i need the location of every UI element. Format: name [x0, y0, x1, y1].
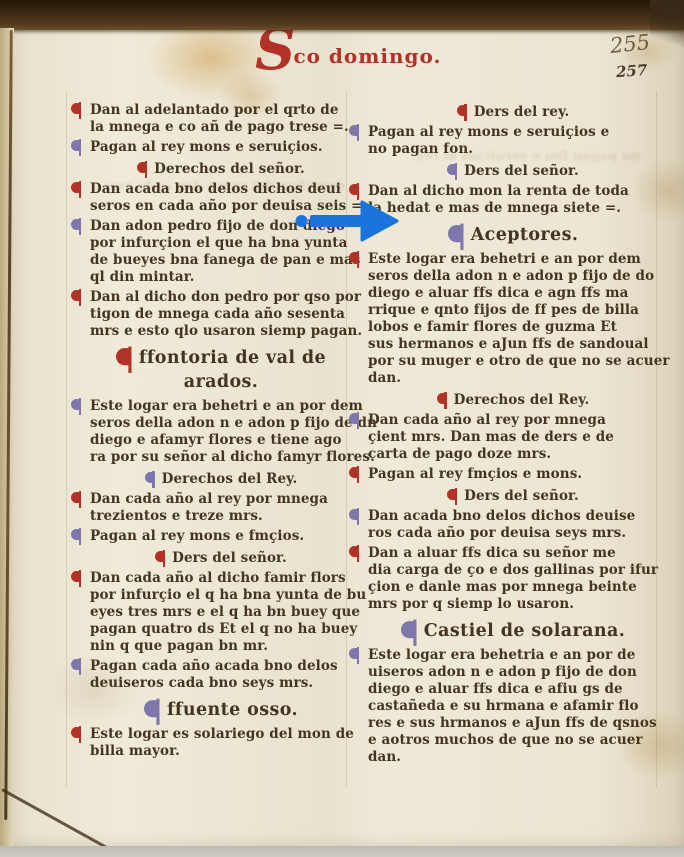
paragraph-lines: Este logar era behetri e an por demseros…: [90, 398, 352, 466]
paragraph-mark-icon: [71, 182, 82, 196]
annotation-arrow-icon: [290, 198, 404, 244]
paragraph-mark-icon: [71, 529, 82, 543]
text-line: ql din mintar.: [90, 269, 352, 286]
text-line: Pagan cada año acada bno delos: [90, 658, 352, 675]
place-heading: Castiel de solarana.: [368, 619, 658, 643]
binding-corner: [650, 0, 684, 58]
paragraph-lines: Este logar es solariego del mon debilla …: [90, 726, 352, 760]
text-line: çion e danle mas por mnega beinte: [368, 579, 658, 596]
manuscript-paragraph: Pagan al rey mons e fmçios.: [90, 528, 352, 545]
text-line: diego e aluar ffs dica e agn ffs ma: [368, 285, 658, 302]
heading-text: Ders del señor.: [464, 488, 579, 504]
text-line: sus hermanos e aJun ffs de sandoual: [368, 336, 658, 353]
place-heading: Aceptores.: [368, 223, 658, 247]
title-rest: co domingo.: [293, 44, 441, 68]
paragraph-mark-icon: [349, 413, 360, 427]
text-line: seros della adon n e adon p fijo de do: [368, 268, 658, 285]
text-line: Dan al adelantado por el qrto de: [90, 102, 352, 119]
paragraph-lines: Pagan al rey mons e fmçios.: [90, 528, 352, 545]
text-line: de bueyes bna fanega de pan e mas: [90, 252, 352, 269]
heading-text: ffontoria de val de arados.: [139, 348, 326, 392]
section-heading: Ders del señor.: [90, 550, 352, 567]
text-line: Este logar era behetri e an por dem: [90, 398, 352, 415]
paragraph-lines: Pagan al rey mons e seruiçios.: [90, 139, 352, 156]
text-line: trezientos e treze mrs.: [90, 508, 352, 525]
section-heading: Derechos del señor.: [90, 161, 352, 178]
text-line: por infurçio el q ha bna yunta de bu: [90, 587, 352, 604]
heading-text: Derechos del señor.: [154, 161, 305, 177]
text-line: nin q que pagan bn mr.: [90, 638, 352, 655]
paragraph-mark-icon: [71, 103, 82, 117]
manuscript-paragraph: Este logar era behetria e an por deuiser…: [368, 647, 658, 766]
paragraph-mark-icon: [447, 164, 458, 178]
scan-bottom-edge: [0, 846, 684, 857]
text-line: la mnega e co añ de pago trese =.: [90, 119, 352, 136]
heading-text: Castiel de solarana.: [424, 621, 625, 641]
text-line: pagan quatro ds Et el q no ha buey: [90, 621, 352, 638]
paragraph-lines: Pagan al rey fmçios e mons.: [368, 466, 658, 483]
text-line: Este logar era behetri e an por dem: [368, 251, 658, 268]
paragraph-mark-icon: [71, 290, 82, 304]
text-line: mrs por q siemp lo usaron.: [368, 596, 658, 613]
text-line: mrs e esto qlo usaron siemp pagan.: [90, 323, 352, 340]
heading-text: Derechos del Rey.: [454, 392, 590, 408]
text-line: res e sus hrmanos e aJun ffs de qsnos: [368, 715, 658, 732]
paragraph-lines: Pagan cada año acada bno delosdeuiseros …: [90, 658, 352, 692]
manuscript-paragraph: Dan al adelantado por el qrto dela mnega…: [90, 102, 352, 136]
paragraph-mark-icon: [349, 648, 360, 662]
text-line: Pagan al rey fmçios e mons.: [368, 466, 658, 483]
text-line: dan.: [368, 370, 658, 387]
text-line: billa mayor.: [90, 743, 352, 760]
manuscript-paragraph: Dan a aluar ffs dica su señor media carg…: [368, 545, 658, 613]
paragraph-mark-icon: [349, 546, 360, 560]
paragraph-lines: Dan al dicho don pedro por qso portigon …: [90, 289, 352, 340]
heading-text: Ders del rey.: [474, 104, 570, 120]
manuscript-paragraph: Este logar era behetri e an por demseros…: [90, 398, 352, 466]
manuscript-paragraph: Dan acada bno delos dichos deuiseros cad…: [368, 508, 658, 542]
section-heading: Ders del rey.: [368, 104, 658, 121]
heading-text: Aceptores.: [471, 225, 579, 245]
text-line: no pagan fon.: [368, 141, 658, 158]
paragraph-lines: Pagan al rey mons e seruiçios eno pagan …: [368, 124, 658, 158]
folio-number-new: 257: [615, 61, 647, 81]
paragraph-mark-icon: [116, 348, 133, 370]
paragraph-mark-icon: [401, 621, 418, 643]
running-title: Sco domingo.: [255, 22, 442, 78]
text-line: rrique e qnto fijos de ff pes de billa: [368, 302, 658, 319]
paragraph-mark-icon: [349, 467, 360, 481]
manuscript-paragraph: Pagan al rey mons e seruiçios eno pagan …: [368, 124, 658, 158]
text-line: Dan al dicho mon la renta de toda: [368, 183, 658, 200]
paragraph-mark-icon: [71, 659, 82, 673]
paragraph-mark-icon: [437, 393, 448, 407]
paragraph-mark-icon: [145, 472, 156, 486]
text-line: carta de pago doze mrs.: [368, 446, 658, 463]
paragraph-lines: Este logar era behetri e an por demseros…: [368, 251, 658, 387]
paragraph-mark-icon: [447, 489, 458, 503]
text-line: la hedat e mas de mnega siete =.: [368, 200, 658, 217]
manuscript-paragraph: Dan cada año al rey por mnegaçient mrs. …: [368, 412, 658, 463]
manuscript-paragraph: Este logar es solariego del mon debilla …: [90, 726, 352, 760]
text-line: e aotros muchos de que no se acuer: [368, 732, 658, 749]
text-line: tigon de mnega cada año sesenta: [90, 306, 352, 323]
manuscript-paragraph: Pagan al rey fmçios e mons.: [368, 466, 658, 483]
paragraph-mark-icon: [71, 140, 82, 154]
text-line: Pagan al rey mons e fmçios.: [90, 528, 352, 545]
heading-text: Ders del señor.: [464, 163, 579, 179]
manuscript-paragraph: Dan cada año al rey por mnegatrezientos …: [90, 491, 352, 525]
text-line: ros cada año por deuisa seys mrs.: [368, 525, 658, 542]
manuscript-paragraph: Pagan al rey mons e seruiçios.: [90, 139, 352, 156]
text-line: Dan cada año al rey por mnega: [90, 491, 352, 508]
paragraph-lines: Dan acada bno delos dichos deuiseros cad…: [368, 508, 658, 542]
text-line: diego e afamyr flores e tiene ago: [90, 432, 352, 449]
right-text-column: Ders del rey.Pagan al rey mons e seruiçi…: [368, 99, 658, 769]
text-line: dan.: [368, 749, 658, 766]
section-heading: Ders del señor.: [368, 488, 658, 505]
paragraph-mark-icon: [71, 727, 82, 741]
text-line: Dan cada año al dicho famir flors: [90, 570, 352, 587]
manuscript-paragraph: Dan cada año al dicho famir florspor inf…: [90, 570, 352, 655]
heading-text: Ders del señor.: [172, 550, 287, 566]
manuscript-paragraph: Pagan cada año acada bno delosdeuiseros …: [90, 658, 352, 692]
text-line: Dan acada bno delos dichos deuise: [368, 508, 658, 525]
text-line: deuiseros cada bno seys mrs.: [90, 675, 352, 692]
paragraph-mark-icon: [155, 551, 166, 565]
text-line: eyes tres mrs e el q ha bn buey que: [90, 604, 352, 621]
manuscript-paragraph: Este logar era behetri e an por demseros…: [368, 251, 658, 387]
text-line: castañeda e su hrmana e afamir flo: [368, 698, 658, 715]
binding-top-edge: [0, 0, 684, 30]
paragraph-mark-icon: [349, 184, 360, 198]
paragraph-lines: Dan cada año al rey por mnegaçient mrs. …: [368, 412, 658, 463]
paragraph-lines: Dan al dicho mon la renta de todala heda…: [368, 183, 658, 217]
paragraph-mark-icon: [71, 492, 82, 506]
paragraph-mark-icon: [448, 225, 465, 247]
text-line: Pagan al rey mons e seruiçios.: [90, 139, 352, 156]
paragraph-lines: Dan cada año al dicho famir florspor inf…: [90, 570, 352, 655]
text-line: Dan a aluar ffs dica su señor me: [368, 545, 658, 562]
paragraph-mark-icon: [71, 399, 82, 413]
parchment-page: no pagan fon e seruicios al rey derechos…: [0, 0, 684, 847]
text-line: lobos e famir flores de guzma Et: [368, 319, 658, 336]
place-heading: ffontoria de val de arados.: [90, 346, 352, 394]
paragraph-mark-icon: [137, 162, 148, 176]
paragraph-mark-icon: [349, 252, 360, 266]
paragraph-lines: Dan al adelantado por el qrto dela mnega…: [90, 102, 352, 136]
folio-number-old: 255: [609, 30, 651, 58]
text-line: Dan acada bno delos dichos deui: [90, 181, 352, 198]
text-line: Dan al dicho don pedro por qso por: [90, 289, 352, 306]
paragraph-mark-icon: [144, 700, 161, 722]
paragraph-mark-icon: [349, 125, 360, 139]
paragraph-lines: Este logar era behetria e an por deuiser…: [368, 647, 658, 766]
paragraph-mark-icon: [457, 105, 468, 119]
manuscript-paragraph: Dan al dicho don pedro por qso portigon …: [90, 289, 352, 340]
heading-text: ffuente osso.: [167, 700, 298, 720]
heading-text: Derechos del Rey.: [162, 471, 298, 487]
paragraph-mark-icon: [71, 571, 82, 585]
text-line: Pagan al rey mons e seruiçios e: [368, 124, 658, 141]
text-line: diego e aluar ffs dica e afiu gs de: [368, 681, 658, 698]
section-heading: Derechos del Rey.: [368, 392, 658, 409]
paragraph-lines: Dan a aluar ffs dica su señor media carg…: [368, 545, 658, 613]
text-line: dia carga de ço e dos gallinas por ifur: [368, 562, 658, 579]
text-line: Este logar era behetria e an por de: [368, 647, 658, 664]
ruling-line: [66, 90, 67, 787]
text-line: por su muger e otro de que no se acuer: [368, 353, 658, 370]
section-heading: Ders del señor.: [368, 163, 658, 180]
text-line: Este logar es solariego del mon de: [90, 726, 352, 743]
paragraph-mark-icon: [349, 509, 360, 523]
paragraph-mark-icon: [71, 219, 82, 233]
text-line: uiseros adon n e adon p fijo de don: [368, 664, 658, 681]
manuscript-paragraph: Dan al dicho mon la renta de todala heda…: [368, 183, 658, 217]
text-line: Dan cada año al rey por mnega: [368, 412, 658, 429]
place-heading: ffuente osso.: [90, 698, 352, 722]
paragraph-lines: Dan cada año al rey por mnegatrezientos …: [90, 491, 352, 525]
text-line: çient mrs. Dan mas de ders e de: [368, 429, 658, 446]
text-line: seros della adon n e adon p fijo de dn: [90, 415, 352, 432]
manuscript-scan: no pagan fon e seruicios al rey derechos…: [0, 0, 684, 857]
text-line: ra por su señor al dicho famyr flores.: [90, 449, 352, 466]
section-heading: Derechos del Rey.: [90, 471, 352, 488]
